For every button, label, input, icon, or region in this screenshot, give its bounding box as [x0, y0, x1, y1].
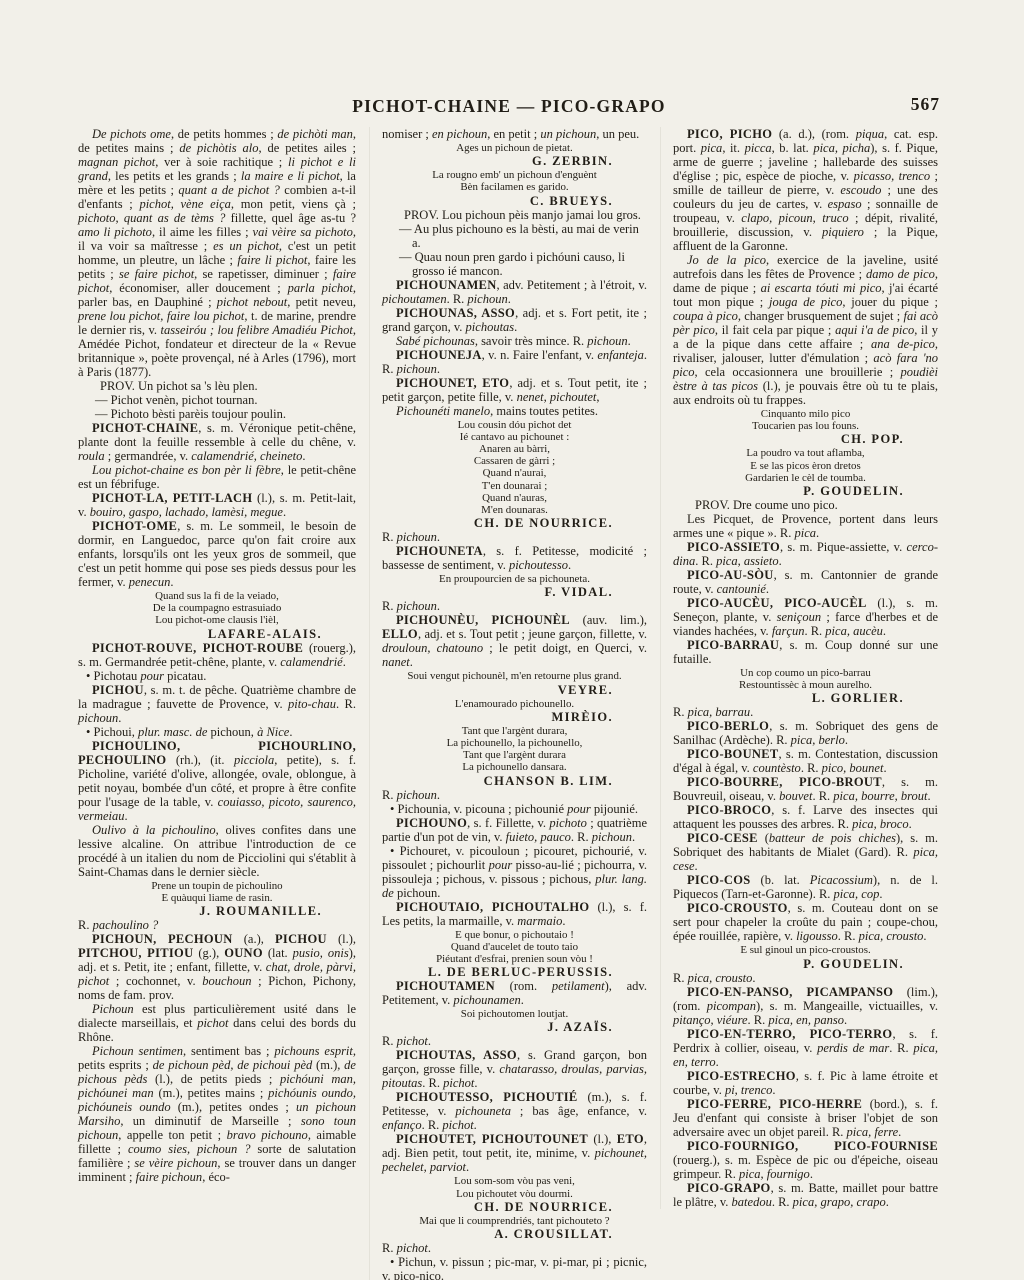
dictionary-entry: PICO-BARRAU, s. m. Coup donné sur une fu…: [673, 638, 938, 666]
verse-line: Cassaren de gàrri ;: [382, 455, 647, 467]
attribution: L. DE BERLUC-PERUSSIS.: [382, 965, 647, 979]
note-paragraph: • Pichounia, v. picouna ; pichounié pour…: [382, 802, 647, 816]
dictionary-entry: PICO-GRAPO, s. m. Batte, maillet pour ba…: [673, 1181, 938, 1209]
dictionary-entry: PICHOULINO, PICHOURLINO, PECHOULINO (rh.…: [78, 739, 356, 823]
dictionary-entry: PICO-FOURNIGO, PICO-FOURNISE (rouerg.), …: [673, 1139, 938, 1181]
verse-line: E se las picos èron dretos: [673, 460, 938, 472]
attribution: C. BRUEYS.: [382, 194, 647, 208]
verse-line: M'en dounaras.: [382, 504, 647, 516]
paragraph: Les Picquet, de Provence, portent dans l…: [673, 512, 938, 540]
verse-line: Ages un pichoun de pietat.: [382, 142, 647, 154]
verse-quote: La rougno emb' un pichoun d'enguèntBèn f…: [382, 169, 647, 193]
paragraph: R. pichoun.: [382, 599, 647, 613]
attribution: MIRÈIO.: [382, 710, 647, 724]
paragraph: Jo de la pico, exercice de la javeline, …: [673, 253, 938, 407]
verse-quote: Ages un pichoun de pietat.: [382, 142, 647, 154]
dictionary-entry: PICO-CROUSTO, s. m. Couteau dont on se s…: [673, 901, 938, 943]
verse-line: De la coumpagno estrasuiado: [78, 602, 356, 614]
attribution: CH. POP.: [673, 432, 938, 446]
verse-quote: En proupourcien de sa pichouneta.: [382, 573, 647, 585]
verse-line: Prene un toupin de pichoulino: [78, 880, 356, 892]
paragraph: R. pachoulino ?: [78, 918, 356, 932]
verse-line: Cinquanto milo pico: [673, 408, 938, 420]
dictionary-entry: PICHOT-ROUVE, PICHOT-ROUBE (rouerg.), s.…: [78, 641, 356, 669]
verse-line: Piéutant d'esfrai, prenien soun vòu !: [382, 953, 647, 965]
dictionary-entry: PICHOT-OME, s. m. Le sommeil, le besoin …: [78, 519, 356, 589]
proverb: PROV. Lou pichoun pèis manjo jamai lou g…: [382, 208, 647, 222]
verse-quote: Soui vengut pichounèl, m'en retourne plu…: [382, 670, 647, 682]
dictionary-entry: PICO-ESTRECHO, s. f. Pic à lame étroite …: [673, 1069, 938, 1097]
note-paragraph: • Pichotau pour picatau.: [78, 669, 356, 683]
verse-line: Un cop coumo un pico-barrau: [673, 667, 938, 679]
dictionary-entry: PICO-COS (b. lat. Picacossium), n. de l.…: [673, 873, 938, 901]
verse-quote: Mai que li coumprendriés, tant pichoutet…: [382, 1215, 647, 1227]
verse-quote: Lou cousin dóu pichot detIé cantavo au p…: [382, 419, 647, 517]
attribution: LAFARE-ALAIS.: [78, 627, 356, 641]
verse-line: Quand d'aucelet de touto taio: [382, 941, 647, 953]
verse-line: E quàuqui liame de rasin.: [78, 892, 356, 904]
attribution: A. CROUSILLAT.: [382, 1227, 647, 1241]
dictionary-entry: PICO-FERRE, PICO-HERRE (bord.), s. f. Je…: [673, 1097, 938, 1139]
attribution: J. AZAÏS.: [382, 1020, 647, 1034]
verse-line: Anaren au bàrri,: [382, 443, 647, 455]
verse-line: La pichounello dansara.: [382, 761, 647, 773]
paragraph: Pichoun est plus particulièrement usité …: [78, 1002, 356, 1044]
verse-line: T'en dounarai ;: [382, 480, 647, 492]
paragraph: R. pichot.: [382, 1241, 647, 1255]
dictionary-entry: PICHOUNAS, ASSO, adj. et s. Fort petit, …: [382, 306, 647, 334]
verse-line: Lou som-som vòu pas veni,: [382, 1175, 647, 1187]
verse-line: Ié cantavo au pichounet :: [382, 431, 647, 443]
note-paragraph: • Pichun, v. pissun ; pic-mar, v. pi-mar…: [382, 1255, 647, 1280]
dictionary-entry: PICHOUNETA, s. f. Petitesse, modicité ; …: [382, 544, 647, 572]
dictionary-entry: PICHOU, s. m. t. de pêche. Quatrième cha…: [78, 683, 356, 725]
attribution: P. GOUDELIN.: [673, 484, 938, 498]
page-number: 567: [911, 94, 940, 115]
verse-quote: Quand sus la fi de la veiado,De la coump…: [78, 590, 356, 627]
paragraph: R. pica, crousto.: [673, 971, 938, 985]
verse-quote: La poudro va tout aflamba,E se las picos…: [673, 447, 938, 484]
verse-quote: E que bonur, o pichoutaio !Quand d'aucel…: [382, 929, 647, 966]
column-3: PICO, PICHO (a. d.), (rom. piqua, cat. e…: [660, 127, 938, 1209]
note-paragraph: • Pichouret, v. picouloun ; picouret, pi…: [382, 844, 647, 900]
dictionary-entry: PICO-CESE (batteur de pois chiches), s. …: [673, 831, 938, 873]
verse-quote: Lou som-som vòu pas veni,Lou pichoutet v…: [382, 1175, 647, 1199]
note-paragraph: • Pichoui, plur. masc. de pichoun, à Nic…: [78, 725, 356, 739]
verse-line: Gardarien le cèl de toumba.: [673, 472, 938, 484]
verse-line: E sul ginoul un pico-croustos.: [673, 944, 938, 956]
dictionary-entry: PICHOUNO, s. f. Fillette, v. pichoto ; q…: [382, 816, 647, 844]
dictionary-entry: PICHOUTAMEN (rom. petilament), adv. Peti…: [382, 979, 647, 1007]
verse-line: Toucarien pas lou founs.: [673, 420, 938, 432]
paragraph: Oulivo à la pichoulino, olives confites …: [78, 823, 356, 879]
verse-line: Soi pichoutomen loutjat.: [382, 1008, 647, 1020]
attribution: VEYRE.: [382, 683, 647, 697]
verse-line: Quand sus la fi de la veiado,: [78, 590, 356, 602]
dictionary-entry: PICHOT-CHAINE, s. m. Véronique petit-chê…: [78, 421, 356, 463]
attribution: P. GOUDELIN.: [673, 957, 938, 971]
paragraph: De pichots ome, de petits hommes ; de pi…: [78, 127, 356, 379]
proverb: — Quau noun pren gardo i pichóuni causo,…: [382, 250, 647, 278]
dictionary-entry: PICHOUNAMEN, adv. Petitement ; à l'étroi…: [382, 278, 647, 306]
paragraph: nomiser ; en pichoun, en petit ; un pich…: [382, 127, 647, 141]
dictionary-entry: PICHOUTESSO, PICHOUTIÉ (m.), s. f. Petit…: [382, 1090, 647, 1132]
verse-line: Lou pichoutet vòu dourmi.: [382, 1188, 647, 1200]
verse-quote: E sul ginoul un pico-croustos.: [673, 944, 938, 956]
verse-line: Tant que l'argènt durara: [382, 749, 647, 761]
attribution: CHANSON B. LIM.: [382, 774, 647, 788]
dictionary-entry: PICO-BOURRE, PICO-BROUT, s. m. Bouvreuil…: [673, 775, 938, 803]
dictionary-entry: PICHOUTAIO, PICHOUTALHO (l.), s. f. Les …: [382, 900, 647, 928]
dictionary-entry: PICHOT-LA, PETIT-LACH (l.), s. m. Petit-…: [78, 491, 356, 519]
attribution: G. ZERBIN.: [382, 154, 647, 168]
dictionary-entry: PICO-BOUNET, s. m. Contestation, discuss…: [673, 747, 938, 775]
verse-line: La rougno emb' un pichoun d'enguènt: [382, 169, 647, 181]
dictionary-entry: PICO-BERLO, s. m. Sobriquet des gens de …: [673, 719, 938, 747]
verse-line: En proupourcien de sa pichouneta.: [382, 573, 647, 585]
dictionary-entry: PICO-BROCO, s. f. Larve des insectes qui…: [673, 803, 938, 831]
text-columns: De pichots ome, de petits hommes ; de pi…: [78, 127, 940, 1280]
attribution: J. ROUMANILLE.: [78, 904, 356, 918]
verse-line: L'enamourado pichounello.: [382, 698, 647, 710]
verse-quote: Un cop coumo un pico-barrauRestountissèc…: [673, 667, 938, 691]
dictionary-entry: PICO-AUCÈU, PICO-AUCÈL (l.), s. m. Seneç…: [673, 596, 938, 638]
page-header: PICHOT-CHAINE — PICO-GRAPO 567: [78, 96, 940, 118]
verse-quote: L'enamourado pichounello.: [382, 698, 647, 710]
verse-line: Quand n'auras,: [382, 492, 647, 504]
proverb: — Pichot venèn, pichot tournan.: [78, 393, 356, 407]
running-title: PICHOT-CHAINE — PICO-GRAPO: [78, 96, 940, 117]
dictionary-entry: PICO-AU-SÒU, s. m. Cantonnier de grande …: [673, 568, 938, 596]
attribution: L. GORLIER.: [673, 691, 938, 705]
column-1: De pichots ome, de petits hommes ; de pi…: [78, 127, 356, 1184]
verse-quote: Cinquanto milo picoToucarien pas lou fou…: [673, 408, 938, 432]
verse-line: Lou cousin dóu pichot det: [382, 419, 647, 431]
dictionary-entry: PICO-EN-PANSO, PICAMPANSO (lim.), (rom. …: [673, 985, 938, 1027]
verse-line: E que bonur, o pichoutaio !: [382, 929, 647, 941]
dictionary-entry: PICO-EN-TERRO, PICO-TERRO, s. f. Perdrix…: [673, 1027, 938, 1069]
verse-line: Tant que l'argènt durara,: [382, 725, 647, 737]
paragraph: R. pichoun.: [382, 530, 647, 544]
paragraph: R. pichoun.: [382, 788, 647, 802]
column-2: nomiser ; en pichoun, en petit ; un pich…: [369, 127, 647, 1280]
verse-quote: Soi pichoutomen loutjat.: [382, 1008, 647, 1020]
attribution: CH. DE NOURRICE.: [382, 1200, 647, 1214]
attribution: F. VIDAL.: [382, 585, 647, 599]
paragraph: R. pichot.: [382, 1034, 647, 1048]
verse-line: Mai que li coumprendriés, tant pichoutet…: [382, 1215, 647, 1227]
verse-line: Restountissèc à moun aurelho.: [673, 679, 938, 691]
attribution: CH. DE NOURRICE.: [382, 516, 647, 530]
verse-line: La pichounello, la pichounello,: [382, 737, 647, 749]
proverb: PROV. Dre coume uno pico.: [673, 498, 938, 512]
paragraph: R. pica, barrau.: [673, 705, 938, 719]
dictionary-page: PICHOT-CHAINE — PICO-GRAPO 567 De pichot…: [0, 0, 1024, 1280]
paragraph: Pichounéti manelo, mains toutes petites.: [382, 404, 647, 418]
dictionary-entry: PICHOUTAS, ASSO, s. Grand garçon, bon ga…: [382, 1048, 647, 1090]
verse-line: Quand n'aurai,: [382, 467, 647, 479]
dictionary-entry: PICO, PICHO (a. d.), (rom. piqua, cat. e…: [673, 127, 938, 253]
dictionary-entry: PICHOUNEJA, v. n. Faire l'enfant, v. enf…: [382, 348, 647, 376]
verse-line: Lou pichot-ome clausis l'ièl,: [78, 614, 356, 626]
paragraph: Lou pichot-chaine es bon pèr li fèbre, l…: [78, 463, 356, 491]
paragraph: Pichoun sentimen, sentiment bas ; pichou…: [78, 1044, 356, 1184]
proverb: — Au plus pichouno es la bèsti, au mai d…: [382, 222, 647, 250]
dictionary-entry: PICHOUNÈU, PICHOUNÈL (auv. lim.), ELLO, …: [382, 613, 647, 669]
paragraph: Sabé pichounas, savoir très mince. R. pi…: [382, 334, 647, 348]
dictionary-entry: PICHOUTET, PICHOUTOUNET (l.), ETO, adj. …: [382, 1132, 647, 1174]
dictionary-entry: PICHOUN, PECHOUN (a.), PICHOU (l.), PITC…: [78, 932, 356, 1002]
proverb: PROV. Un pichot sa 's lèu plen.: [78, 379, 356, 393]
verse-quote: Tant que l'argènt durara,La pichounello,…: [382, 725, 647, 774]
dictionary-entry: PICHOUNET, ETO, adj. et s. Tout petit, i…: [382, 376, 647, 404]
verse-line: Bèn facilamen es garido.: [382, 181, 647, 193]
verse-line: Soui vengut pichounèl, m'en retourne plu…: [382, 670, 647, 682]
verse-line: La poudro va tout aflamba,: [673, 447, 938, 459]
dictionary-entry: PICO-ASSIETO, s. m. Pique-assiette, v. c…: [673, 540, 938, 568]
proverb: — Pichoto bèsti parèis toujour poulin.: [78, 407, 356, 421]
verse-quote: Prene un toupin de pichoulinoE quàuqui l…: [78, 880, 356, 904]
